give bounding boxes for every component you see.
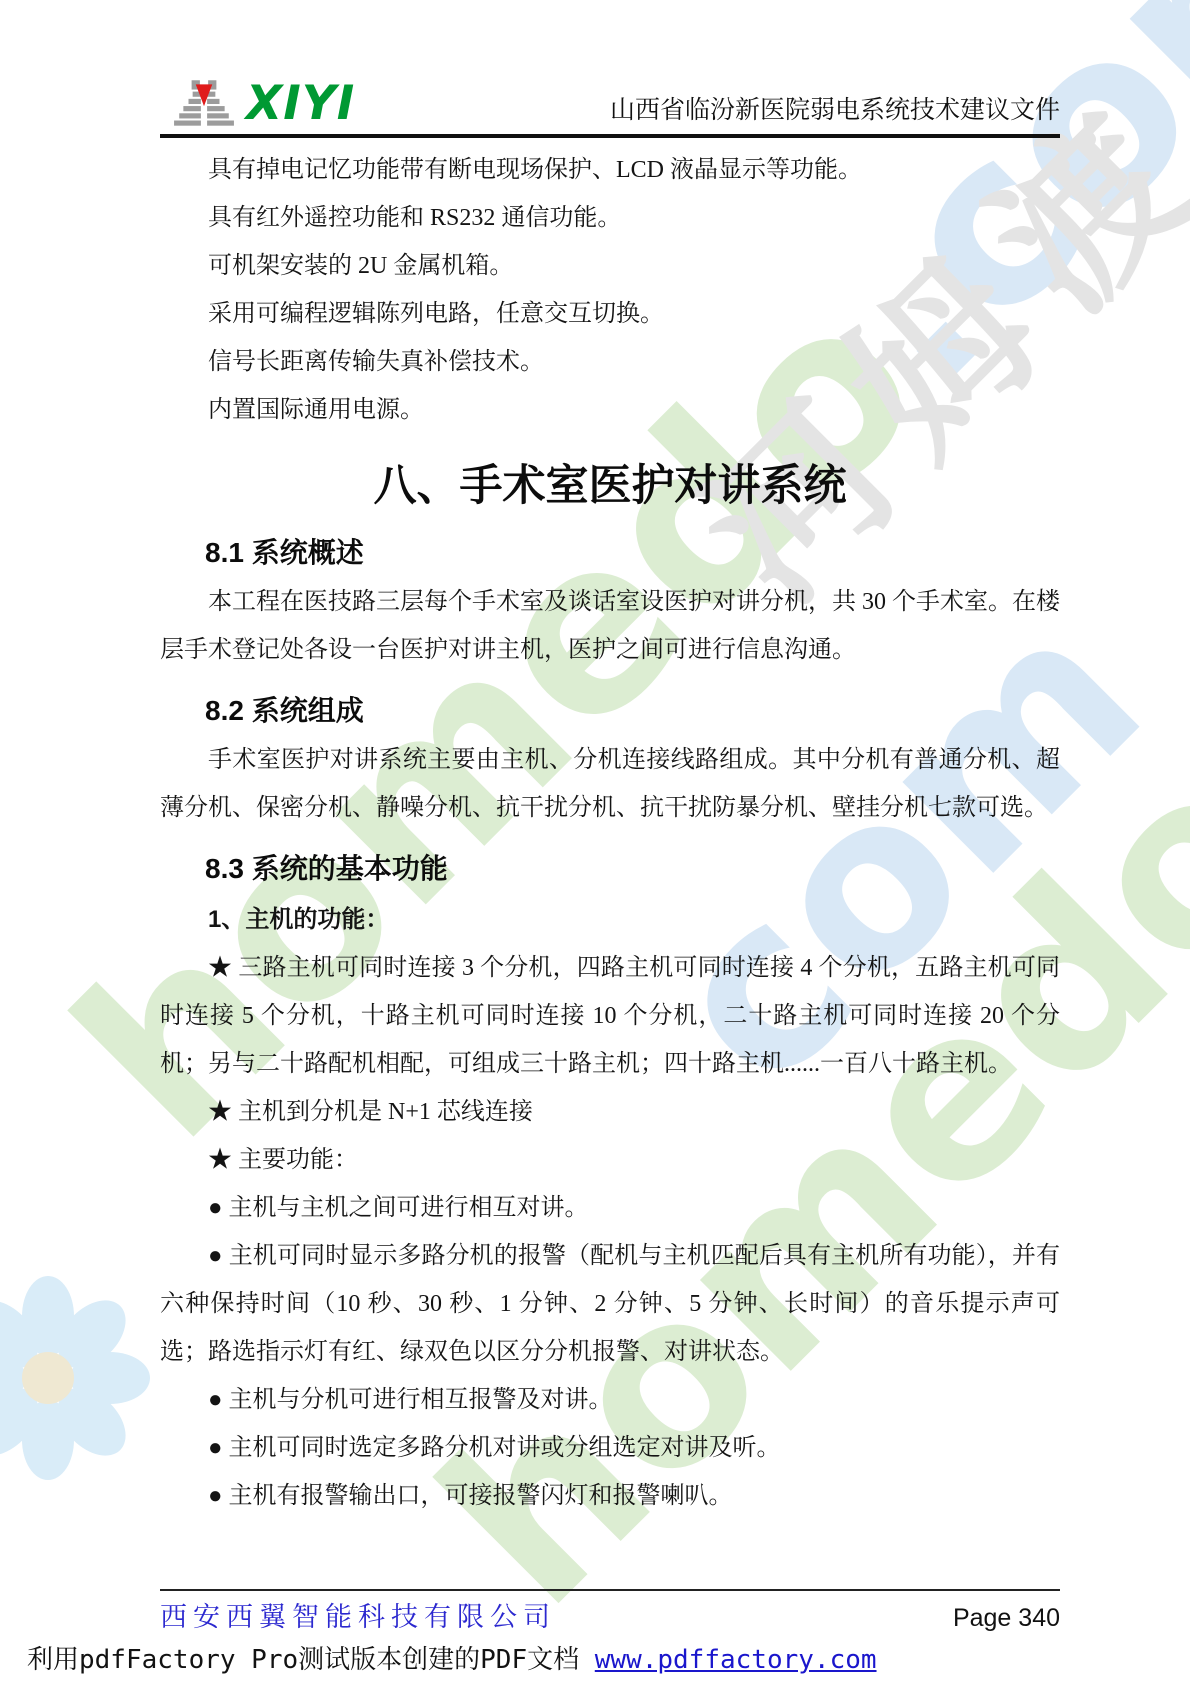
intro-line: 具有红外遥控功能和 RS232 通信功能。 (160, 194, 1060, 242)
section-heading-8-1: 8.1 系统概述 (160, 532, 1060, 574)
intro-line: 可机架安装的 2U 金属机箱。 (160, 242, 1060, 290)
footer-page-number: Page 340 (953, 1604, 1060, 1633)
intro-line: 采用可编程逻辑陈列电路，任意交互切换。 (160, 290, 1060, 338)
footer-divider (160, 1589, 1060, 1591)
intro-line: 具有掉电记忆功能带有断电现场保护、LCD 液晶显示等功能。 (160, 146, 1060, 194)
intro-line: 信号长距离传输失真补偿技术。 (160, 338, 1060, 386)
company-logo: XIYI (172, 78, 355, 130)
page-footer: 西安西翼智能科技有限公司 Page 340 (160, 1595, 1060, 1634)
feature-item: ● 主机可同时显示多路分机的报警（配机与主机匹配后具有主机所有功能），并有六种保… (160, 1232, 1060, 1376)
page-content: 具有掉电记忆功能带有断电现场保护、LCD 液晶显示等功能。 具有红外遥控功能和 … (160, 140, 1060, 1520)
intro-block: 具有掉电记忆功能带有断电现场保护、LCD 液晶显示等功能。 具有红外遥控功能和 … (160, 140, 1060, 434)
pdffactory-notice: 利用pdfFactory Pro测试版本创建的PDF文档 www.pdffact… (27, 1639, 877, 1676)
intro-line: 内置国际通用电源。 (160, 386, 1060, 434)
section-heading-8-2: 8.2 系统组成 (160, 690, 1060, 732)
feature-item: ★ 三路主机可同时连接 3 个分机，四路主机可同时连接 4 个分机，五路主机可同… (160, 944, 1060, 1088)
document-page: homedo.com com homedo 河姆渡 (0, 0, 1190, 1684)
feature-item: ● 主机可同时选定多路分机对讲或分组选定对讲及听。 (160, 1424, 1060, 1472)
page-header: XIYI 山西省临汾新医院弱电系统技术建议文件 (160, 0, 1060, 138)
pdffactory-notice-text: 利用pdfFactory Pro测试版本创建的PDF文档 (27, 1645, 595, 1675)
feature-item: ● 主机有报警输出口，可接报警闪灯和报警喇叭。 (160, 1472, 1060, 1520)
pdffactory-link[interactable]: www.pdffactory.com (595, 1645, 877, 1675)
feature-item: ★ 主机到分机是 N+1 芯线连接 (160, 1088, 1060, 1136)
feature-item: ● 主机与分机可进行相互报警及对讲。 (160, 1376, 1060, 1424)
logo-text: XIYI (246, 78, 355, 130)
section-heading-8-3: 8.3 系统的基本功能 (160, 848, 1060, 890)
feature-item: ★ 主要功能： (160, 1136, 1060, 1184)
subheading-host-functions: 1、主机的功能： (160, 896, 1060, 944)
document-title: 山西省临汾新医院弱电系统技术建议文件 (610, 90, 1060, 126)
chapter-heading: 八、手术室医护对讲系统 (160, 456, 1060, 516)
feature-item: ● 主机与主机之间可进行相互对讲。 (160, 1184, 1060, 1232)
footer-company-name: 西安西翼智能科技有限公司 (160, 1595, 556, 1634)
section-paragraph-8-1: 本工程在医技路三层每个手术室及谈话室设医护对讲分机，共 30 个手术室。在楼层手… (160, 578, 1060, 674)
xiyi-logo-icon (172, 78, 236, 130)
section-paragraph-8-2: 手术室医护对讲系统主要由主机、分机连接线路组成。其中分机有普通分机、超薄分机、保… (160, 736, 1060, 832)
flower-watermark-icon (0, 1268, 158, 1488)
